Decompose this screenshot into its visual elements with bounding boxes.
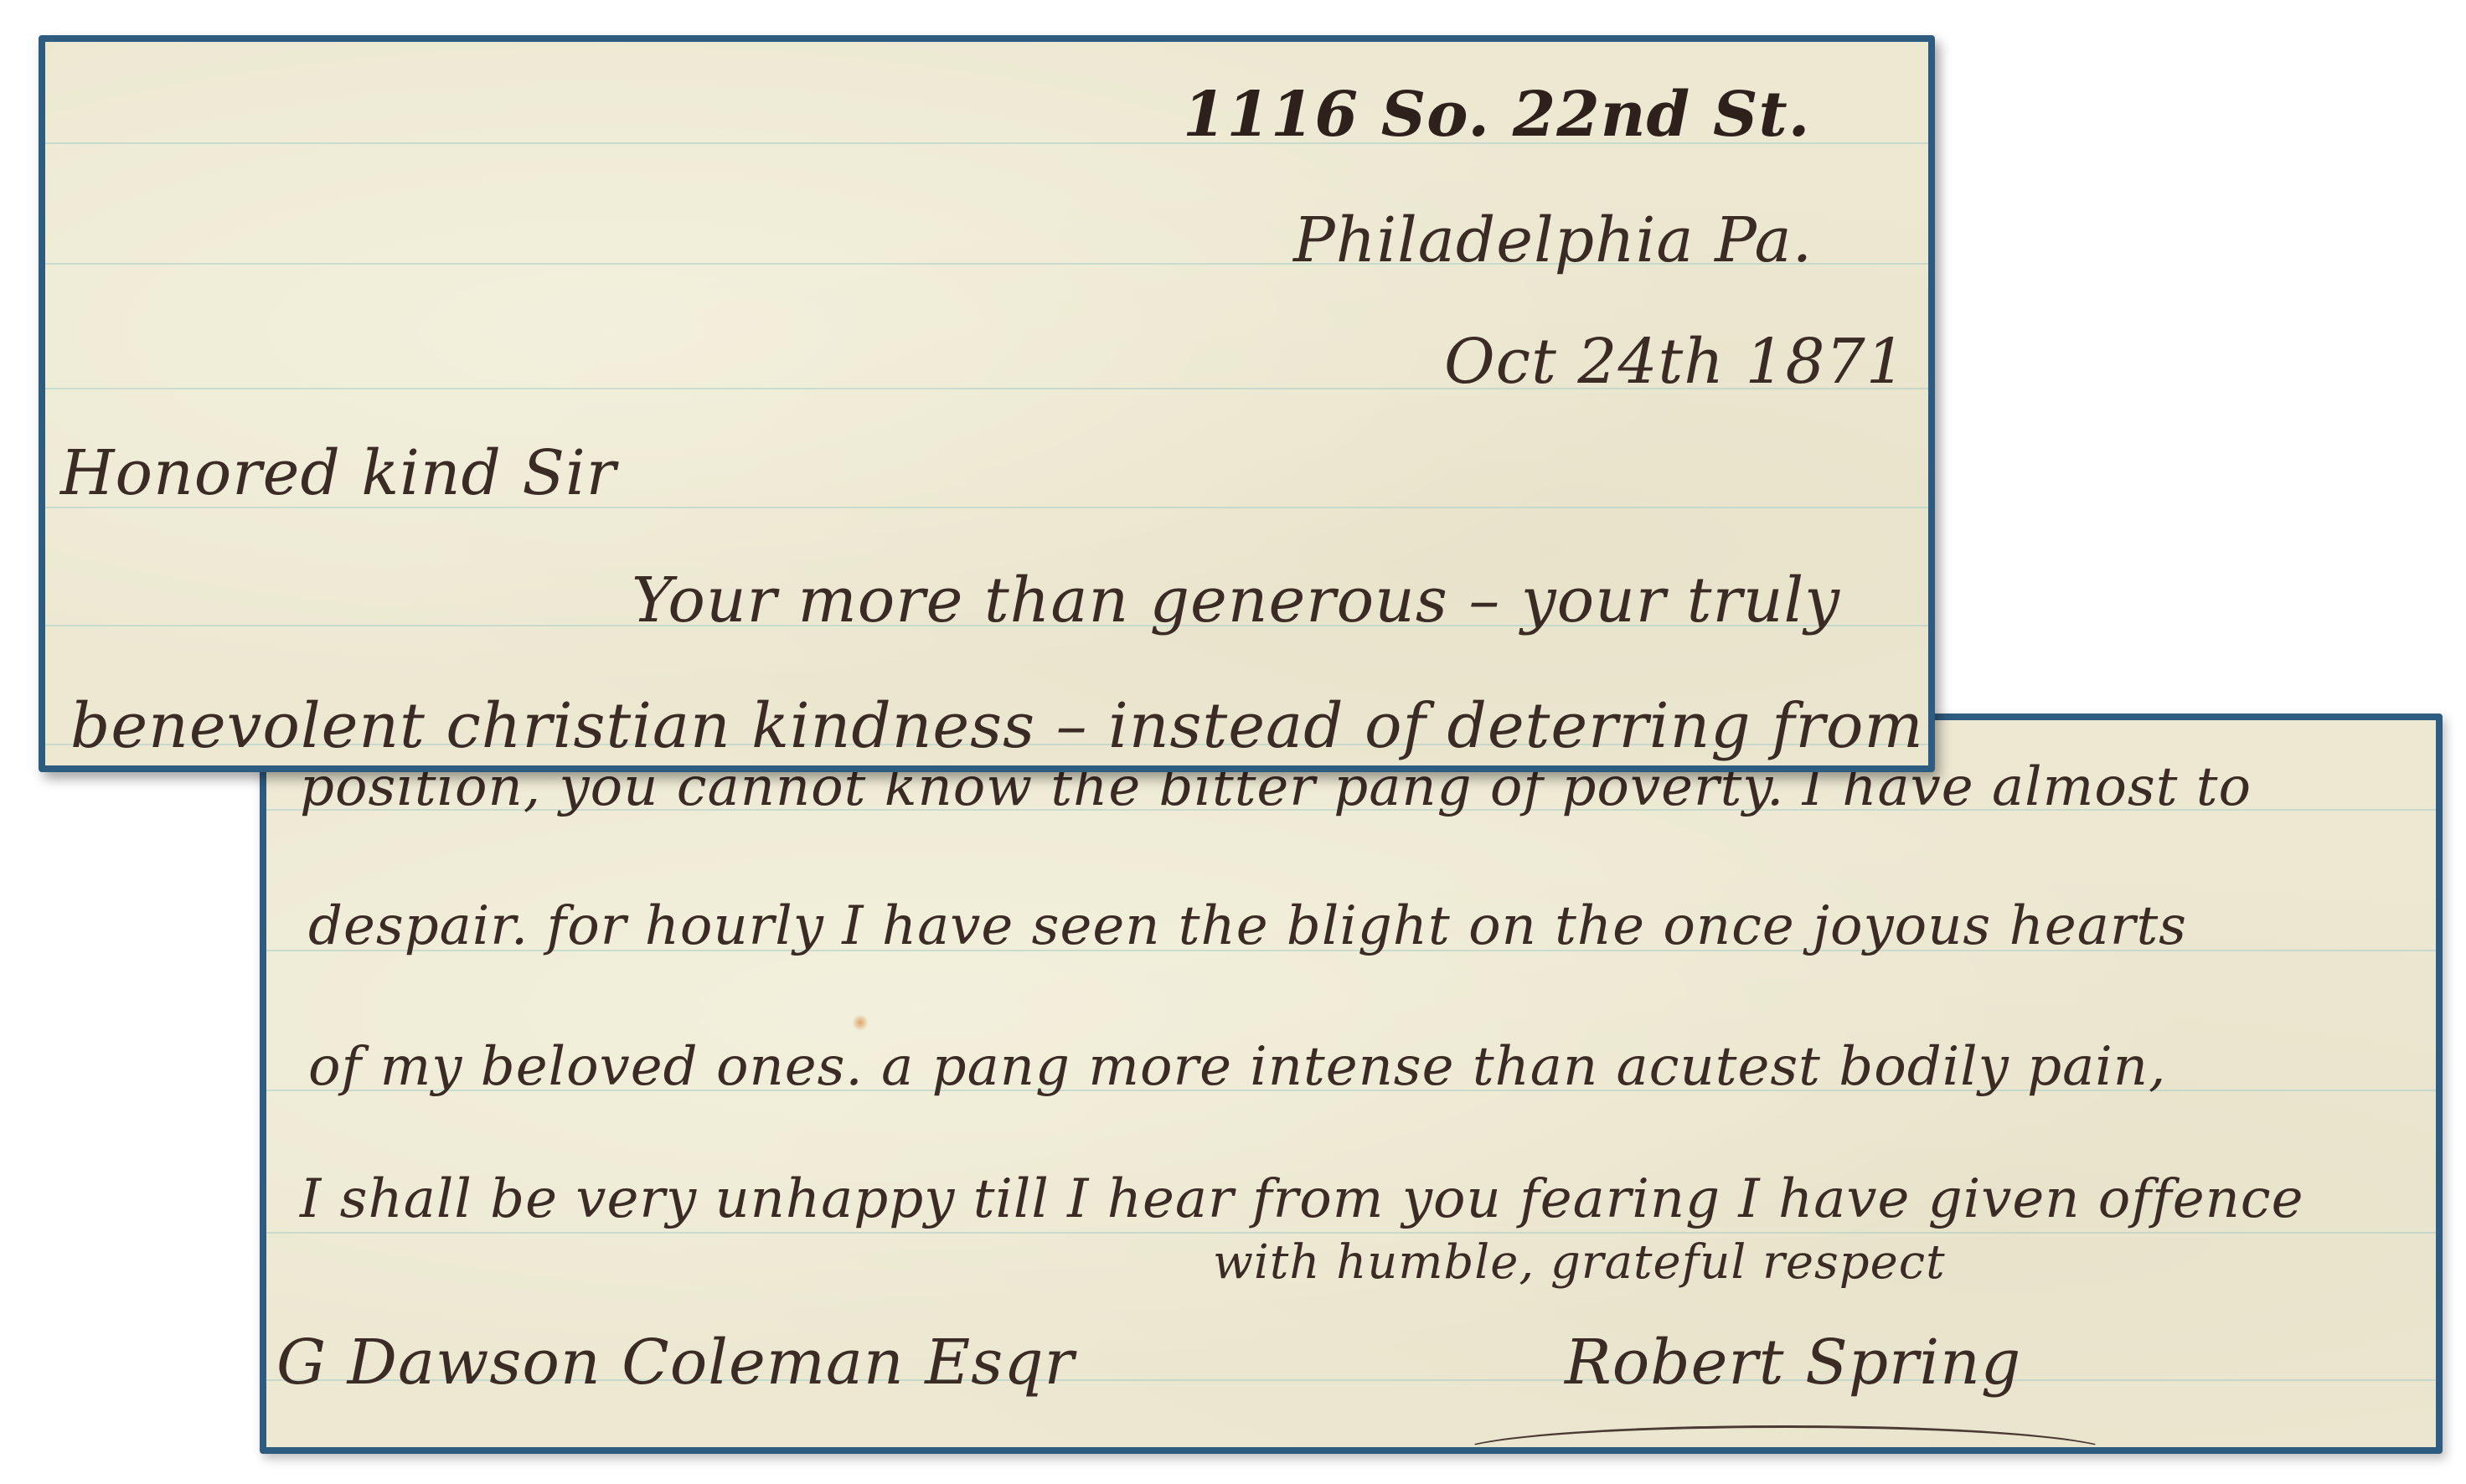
body-line-1: Your more than generous – your truly <box>632 569 1840 631</box>
address-street: 1116 So. 22nd St. <box>1183 84 1810 146</box>
address-city: Philadelphia Pa. <box>1293 209 1813 271</box>
body-line-6: I shall be very unhappy till I hear from… <box>300 1172 2304 1226</box>
body-line-2: benevolent christian kindness – instead … <box>70 695 1924 757</box>
ruled-line <box>266 1232 2436 1234</box>
letter-date: Oct 24th 1871 <box>1444 331 1906 393</box>
ink-stain <box>853 1013 868 1032</box>
signature: Robert Spring <box>1565 1332 2021 1394</box>
letter-excerpt-top-panel: 1116 So. 22nd St. Philadelphia Pa. Oct 2… <box>39 35 1935 772</box>
recipient-name: G Dawson Coleman Esqr <box>276 1332 1075 1394</box>
body-line-5: of my beloved ones. a pang more intense … <box>308 1040 2166 1094</box>
signature-flourish <box>1456 1425 2114 1454</box>
salutation: Honored kind Sir <box>60 442 616 504</box>
closing-line: with humble, grateful respect <box>1213 1239 1946 1286</box>
body-line-4: despair. for hourly I have seen the blig… <box>308 899 2187 953</box>
letter-excerpt-bottom-panel: position, you cannot know the bitter pan… <box>260 714 2443 1454</box>
